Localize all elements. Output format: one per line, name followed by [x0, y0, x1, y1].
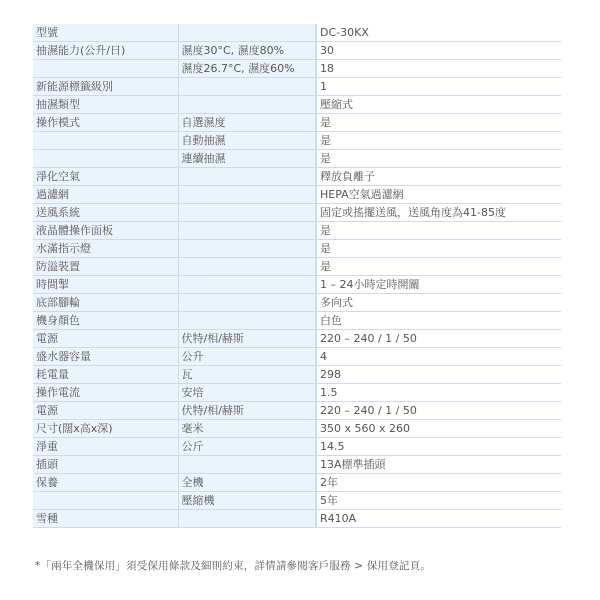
spec-value: 壓縮式: [316, 96, 561, 114]
spec-sublabel: [178, 510, 316, 528]
spec-table-body: 型號DC-30KX抽濕能力(公升/日)濕度30°C, 濕度80%30濕度26.7…: [33, 24, 561, 528]
spec-value: R410A: [316, 510, 561, 528]
table-row: 送風系統固定或搖擺送風，送風角度為41-85度: [33, 204, 561, 222]
spec-label: 操作電流: [33, 384, 178, 402]
table-row: 抽濕能力(公升/日)濕度30°C, 濕度80%30: [33, 42, 561, 60]
spec-label: 底部腳輪: [33, 294, 178, 312]
spec-sublabel: 濕度26.7°C, 濕度60%: [178, 60, 316, 78]
table-row: 操作電流安培1.5: [33, 384, 561, 402]
spec-label: 操作模式: [33, 114, 178, 132]
spec-value: 4: [316, 348, 561, 366]
spec-sublabel: [178, 258, 316, 276]
table-row: 新能源標籤級別1: [33, 78, 561, 96]
spec-sublabel: [178, 204, 316, 222]
spec-label: 水滿指示燈: [33, 240, 178, 258]
spec-label: 新能源標籤級別: [33, 78, 178, 96]
table-row: 自動抽濕是: [33, 132, 561, 150]
spec-sublabel: 自選濕度: [178, 114, 316, 132]
table-row: 連續抽濕是: [33, 150, 561, 168]
spec-sublabel: 連續抽濕: [178, 150, 316, 168]
table-row: 淨重公斤14.5: [33, 438, 561, 456]
spec-value: DC-30KX: [316, 24, 561, 42]
spec-value: 是: [316, 132, 561, 150]
table-row: 淨化空氣釋放負離子: [33, 168, 561, 186]
spec-sublabel: 壓縮機: [178, 492, 316, 510]
table-row: 型號DC-30KX: [33, 24, 561, 42]
spec-value: 350 x 560 x 260: [316, 420, 561, 438]
spec-value: 18: [316, 60, 561, 78]
spec-sublabel: [178, 294, 316, 312]
table-row: 電源伏特/相/赫斯220 – 240 / 1 / 50: [33, 330, 561, 348]
spec-value: 220 – 240 / 1 / 50: [316, 402, 561, 420]
spec-value: 298: [316, 366, 561, 384]
spec-sublabel: 安培: [178, 384, 316, 402]
spec-sublabel: [178, 96, 316, 114]
spec-sublabel: 全機: [178, 474, 316, 492]
spec-value: 13A標準插頭: [316, 456, 561, 474]
spec-sublabel: [178, 186, 316, 204]
spec-label: 耗電量: [33, 366, 178, 384]
spec-label: 盛水器容量: [33, 348, 178, 366]
spec-sublabel: [178, 168, 316, 186]
spec-label: 型號: [33, 24, 178, 42]
spec-label: 抽濕能力(公升/日): [33, 42, 178, 60]
spec-value: 1.5: [316, 384, 561, 402]
spec-sublabel: 公斤: [178, 438, 316, 456]
spec-value: 是: [316, 240, 561, 258]
table-row: 機身顏色白色: [33, 312, 561, 330]
spec-value: 是: [316, 222, 561, 240]
spec-value: 220 – 240 / 1 / 50: [316, 330, 561, 348]
spec-value: 30: [316, 42, 561, 60]
table-row: 插頭13A標準插頭: [33, 456, 561, 474]
table-row: 過濾網HEPA空氣過濾網: [33, 186, 561, 204]
spec-value: 14.5: [316, 438, 561, 456]
spec-label: 時間掣: [33, 276, 178, 294]
spec-value: 是: [316, 150, 561, 168]
spec-label: 電源: [33, 330, 178, 348]
table-row: 盛水器容量公升4: [33, 348, 561, 366]
spec-sublabel: 伏特/相/赫斯: [178, 330, 316, 348]
spec-sublabel: [178, 276, 316, 294]
spec-sublabel: 伏特/相/赫斯: [178, 402, 316, 420]
spec-table: 型號DC-30KX抽濕能力(公升/日)濕度30°C, 濕度80%30濕度26.7…: [33, 24, 561, 528]
spec-value: 1 – 24小時定時開關: [316, 276, 561, 294]
table-row: 耗電量瓦298: [33, 366, 561, 384]
spec-sublabel: 公升: [178, 348, 316, 366]
spec-sublabel: [178, 222, 316, 240]
spec-label: 保養: [33, 474, 178, 492]
warranty-footnote: *「兩年全機保用」須受保用條款及細則約束，詳情請參閱客戶服務 > 保用登記頁。: [35, 558, 431, 573]
spec-sublabel: 自動抽濕: [178, 132, 316, 150]
spec-sublabel: 毫米: [178, 420, 316, 438]
spec-value: 1: [316, 78, 561, 96]
spec-value: 固定或搖擺送風，送風角度為41-85度: [316, 204, 561, 222]
spec-sublabel: [178, 456, 316, 474]
spec-label: 防溢裝置: [33, 258, 178, 276]
spec-label: 淨化空氣: [33, 168, 178, 186]
spec-label: 機身顏色: [33, 312, 178, 330]
spec-sublabel: [178, 24, 316, 42]
spec-label: [33, 60, 178, 78]
spec-label: [33, 132, 178, 150]
table-row: 操作模式自選濕度是: [33, 114, 561, 132]
spec-label: 插頭: [33, 456, 178, 474]
spec-sublabel: [178, 78, 316, 96]
spec-label: [33, 150, 178, 168]
table-row: 抽濕類型壓縮式: [33, 96, 561, 114]
spec-sublabel: [178, 312, 316, 330]
table-row: 防溢裝置是: [33, 258, 561, 276]
spec-label: 抽濕類型: [33, 96, 178, 114]
spec-label: 送風系統: [33, 204, 178, 222]
spec-value: 白色: [316, 312, 561, 330]
table-row: 時間掣1 – 24小時定時開關: [33, 276, 561, 294]
spec-value: 釋放負離子: [316, 168, 561, 186]
table-row: 保養全機2年: [33, 474, 561, 492]
table-row: 壓縮機5年: [33, 492, 561, 510]
spec-label: 過濾網: [33, 186, 178, 204]
spec-value: 是: [316, 114, 561, 132]
table-row: 濕度26.7°C, 濕度60%18: [33, 60, 561, 78]
spec-value: 5年: [316, 492, 561, 510]
spec-label: 淨重: [33, 438, 178, 456]
spec-value: 2年: [316, 474, 561, 492]
spec-label: 尺寸(闊x高x深): [33, 420, 178, 438]
table-row: 水滿指示燈是: [33, 240, 561, 258]
spec-label: 液晶體操作面板: [33, 222, 178, 240]
spec-label: 雪種: [33, 510, 178, 528]
spec-value: HEPA空氣過濾網: [316, 186, 561, 204]
table-row: 尺寸(闊x高x深)毫米350 x 560 x 260: [33, 420, 561, 438]
table-row: 電源伏特/相/赫斯220 – 240 / 1 / 50: [33, 402, 561, 420]
spec-sublabel: [178, 240, 316, 258]
spec-sublabel: 瓦: [178, 366, 316, 384]
spec-value: 是: [316, 258, 561, 276]
spec-label: 電源: [33, 402, 178, 420]
spec-value: 多向式: [316, 294, 561, 312]
table-row: 底部腳輪多向式: [33, 294, 561, 312]
spec-sublabel: 濕度30°C, 濕度80%: [178, 42, 316, 60]
table-row: 液晶體操作面板是: [33, 222, 561, 240]
table-row: 雪種R410A: [33, 510, 561, 528]
spec-label: [33, 492, 178, 510]
